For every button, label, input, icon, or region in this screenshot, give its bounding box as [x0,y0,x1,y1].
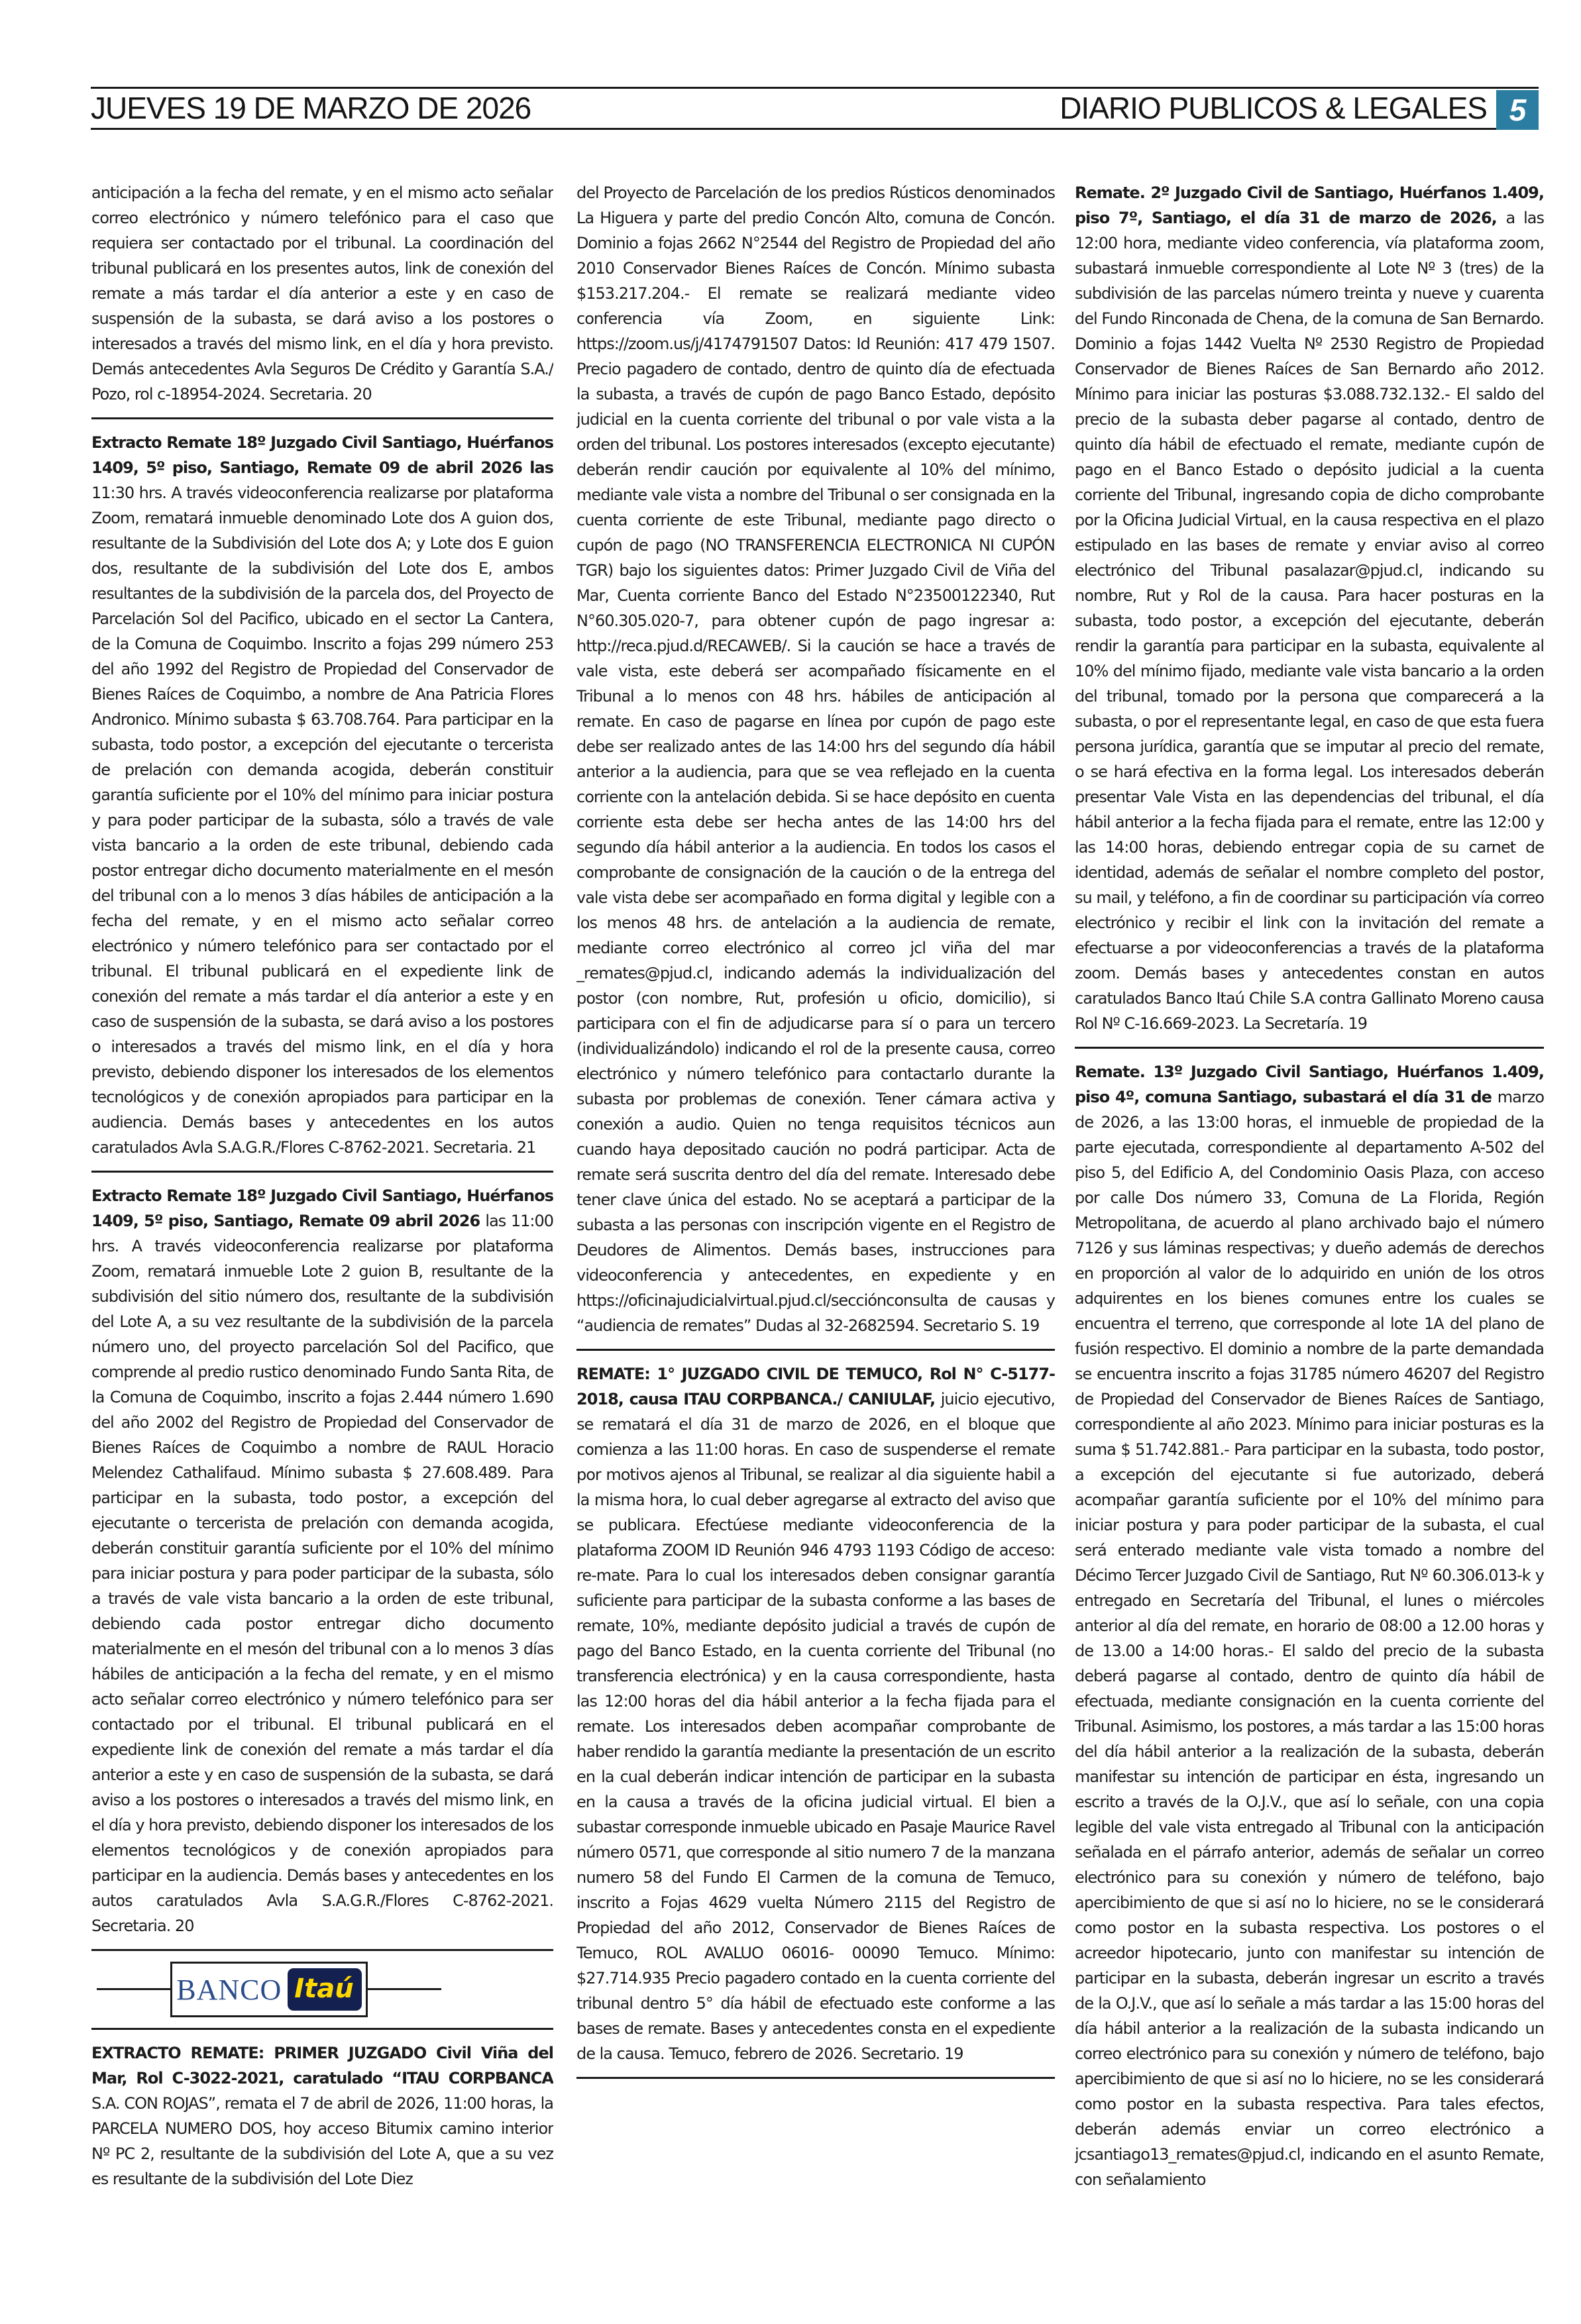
header-date: JUEVES 19 DE MARZO DE 2026 [91,90,531,126]
notice-lead: Remate. 13º Juzgado Civil Santiago, Huér… [1075,1063,1544,1106]
legal-notice: anticipación a la fecha del remate, y en… [91,180,553,407]
newspaper-page: JUEVES 19 DE MARZO DE 2026 DIARIO PUBLIC… [0,0,1581,2324]
notice-lead: EXTRACTO REMATE: PRIMER JUZGADO Civil Vi… [91,2044,553,2087]
notice-text: juicio ejecutivo, se rematará el día 31 … [576,1390,1055,2063]
notice-lead: Extracto Remate 18º Juzgado Civil Santia… [91,433,553,477]
header-rule-bottom [91,128,1539,130]
notice-text: 11:30 hrs. A través videoconferencia rea… [91,484,553,1157]
legal-notice: REMATE: 1° JUZGADO CIVIL DE TEMUCO, Rol … [576,1361,1055,2066]
notice-separator-rule [576,2077,1055,2079]
banco-wordmark: BANCO [176,1973,282,2007]
legal-notice: EXTRACTO REMATE: PRIMER JUZGADO Civil Vi… [91,2040,553,2192]
notice-text: anticipación a la fecha del remate, y en… [91,184,553,403]
notice-lead: Remate. 2º Juzgado Civil de Santiago, Hu… [1075,184,1544,227]
legal-notice: Extracto Remate 18º Juzgado Civil Santia… [91,1183,553,1938]
notice-separator-rule [91,1171,553,1173]
column-2: del Proyecto de Parcelación de los predi… [576,180,1055,2324]
notice-text: del Proyecto de Parcelación de los predi… [576,184,1055,1335]
legal-notice: Remate. 13º Juzgado Civil Santiago, Huér… [1075,1059,1544,2192]
notice-lead: Extracto Remate 18º Juzgado Civil Santia… [91,1187,553,1230]
notice-separator-rule [91,2028,553,2030]
notice-text: a las 12:00 hora, mediante video confere… [1075,209,1544,1033]
legal-notice: Extracto Remate 18º Juzgado Civil Santia… [91,430,553,1160]
notice-separator-rule [91,1949,553,1951]
notice-separator-rule [1075,1047,1544,1049]
notices-columns: anticipación a la fecha del remate, y en… [91,180,1544,2324]
column-1: anticipación a la fecha del remate, y en… [91,180,553,2324]
legal-notice: del Proyecto de Parcelación de los predi… [576,180,1055,1338]
page-number-badge: 5 [1496,90,1539,130]
notice-text: marzo de 2026, a las 13:00 horas, el inm… [1075,1088,1544,2189]
notice-separator-rule [576,1349,1055,1351]
banco-itau-logo: BANCOItaú [97,1962,441,2017]
page-header: JUEVES 19 DE MARZO DE 2026 DIARIO PUBLIC… [91,89,1539,127]
itau-wordmark: Itaú [288,1968,361,2011]
notice-separator-rule [91,417,553,419]
notice-text: S.A. CON ROJAS”, remata el 7 de abril de… [91,2094,553,2188]
column-3: Remate. 2º Juzgado Civil de Santiago, Hu… [1075,180,1544,2324]
banco-itau-logo-box: BANCOItaú [170,1962,368,2017]
notice-text: las 11:00 hrs. A través videoconferencia… [91,1212,553,1935]
legal-notice: Remate. 2º Juzgado Civil de Santiago, Hu… [1075,180,1544,1036]
publication-title: DIARIO PUBLICOS & LEGALES [1060,90,1487,126]
